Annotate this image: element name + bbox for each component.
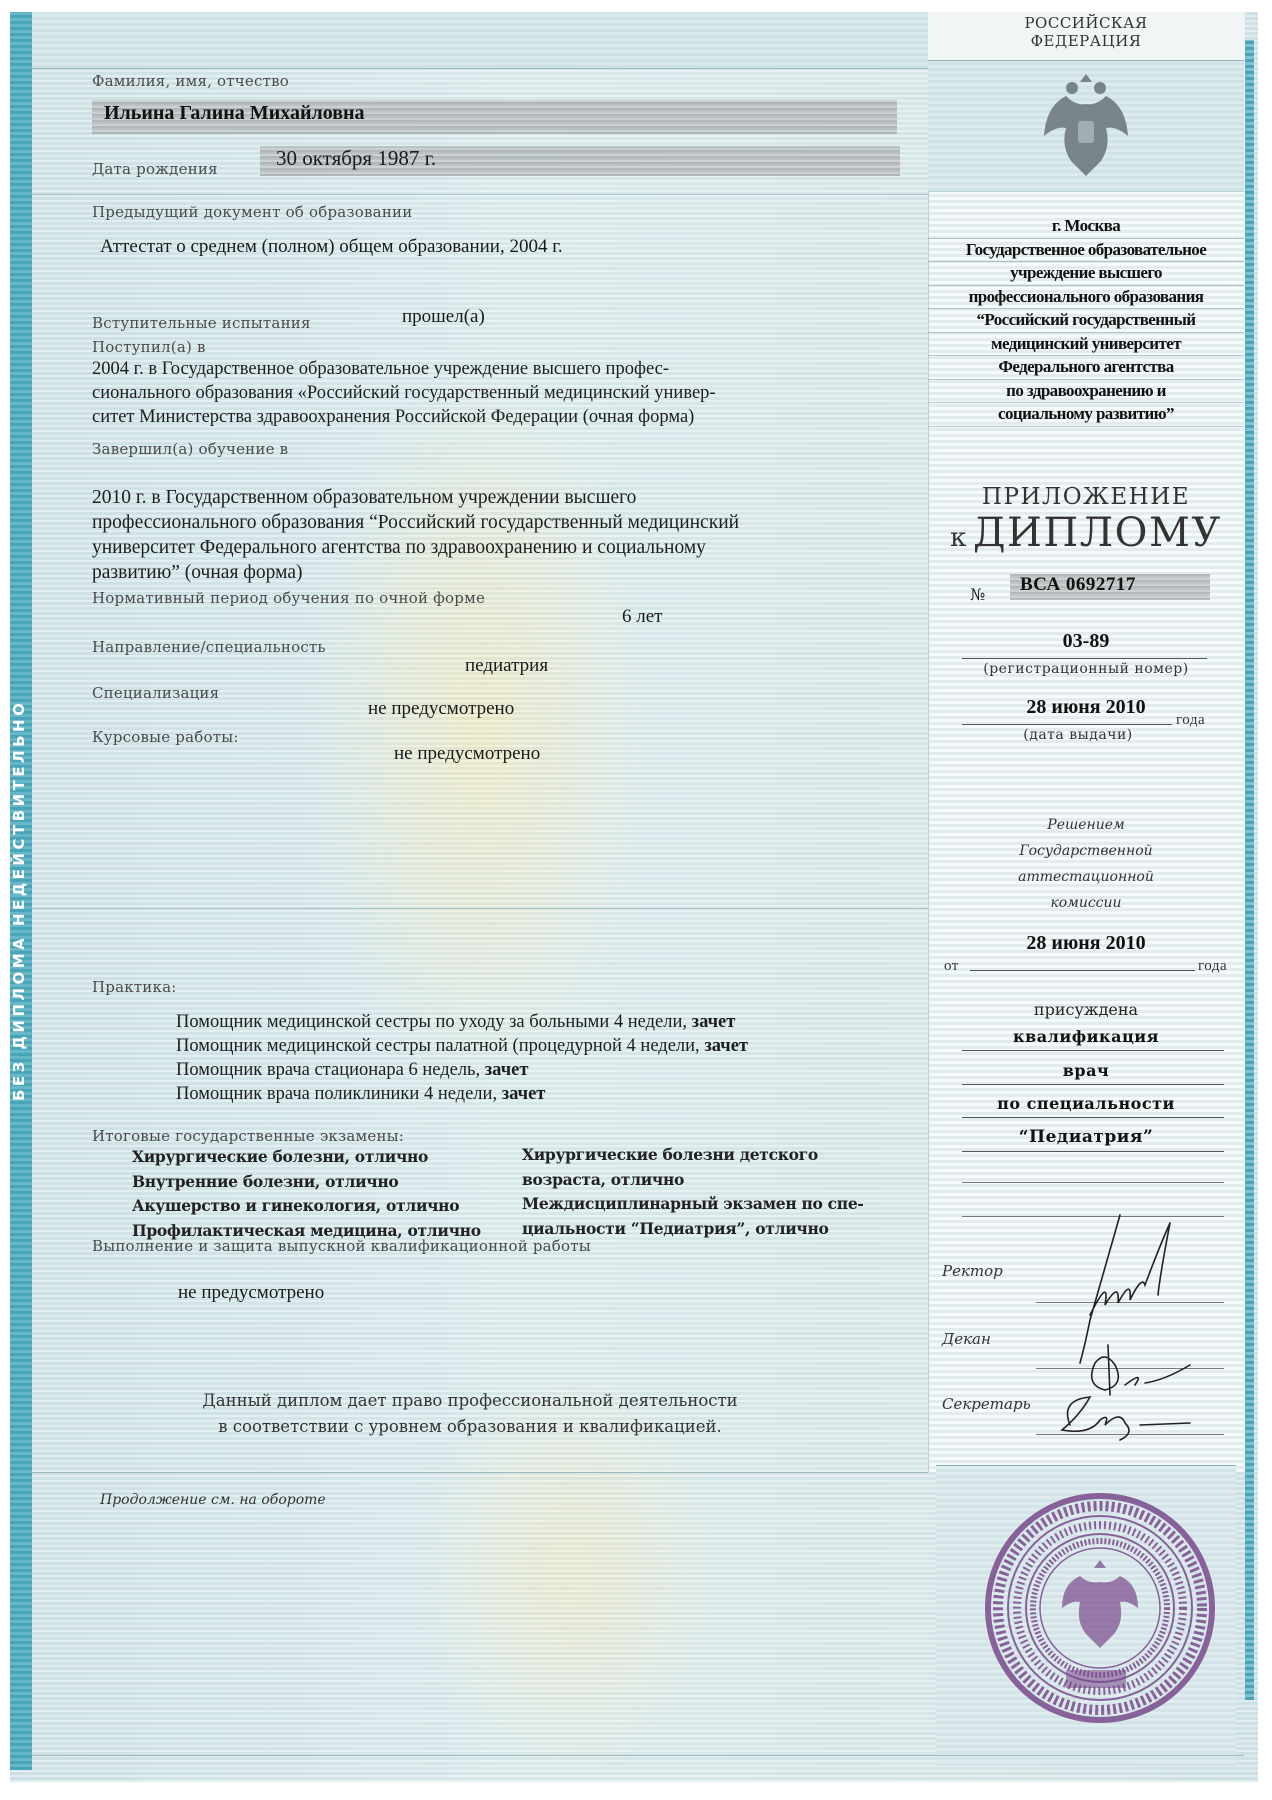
exam-item: Внутренние болезни, отлично [132,1172,398,1191]
practice-description: Помощник врача поликлиники 4 недели, [176,1084,502,1104]
period-label: Нормативный период обучения по очной фор… [92,589,485,607]
country-line: РОССИЙСКАЯ [928,14,1244,32]
organization-line: по здравоохранению и [928,380,1244,404]
issuing-organization: г. МоскваГосударственное образовательное… [928,215,1244,427]
prev-doc-label: Предыдущий документ об образовании [92,203,412,221]
divider [962,724,1172,725]
organization-line: г. Москва [928,215,1244,239]
decision-line: аттестационной [928,864,1244,890]
organization-line: медицинский университет [928,333,1244,357]
registration-number: 03-89 [928,630,1244,653]
full-name-label: Фамилия, имя, отчество [92,72,289,90]
enrolled-line: сионального образования «Российский госу… [92,382,716,405]
signature-line [962,1182,1224,1183]
handwritten-signatures [1050,1185,1240,1445]
top-security-band [32,12,928,69]
divider [962,658,1207,659]
divider [962,1084,1224,1085]
validity-warning: БЕЗ ДИПЛОМА НЕДЕЙСТВИТЕЛЬНО [10,600,32,1200]
coursework-value: не предусмотрено [394,743,540,765]
signature-role-rector: Ректор [942,1262,1003,1280]
diploma-word: ДИПЛОМУ [973,510,1222,556]
practice-result: зачет [692,1012,736,1032]
organization-line: профессионального образования [928,286,1244,310]
supplement-title: ПРИЛОЖЕНИЕ [928,484,1244,510]
divider [970,970,1195,971]
completed-line: университет Федерального агентства по зд… [92,536,706,559]
divider [32,908,928,909]
awarded-word: присуждена [928,1000,1244,1019]
practice-item: Помощник медицинской сестры по уходу за … [176,1012,735,1033]
organization-line: “Российский государственный [928,309,1244,333]
decision-line: комиссии [928,890,1244,916]
exam-item: Хирургические болезни детского [522,1145,818,1164]
entrance-value: прошел(а) [402,306,485,328]
qualification: врач [928,1061,1244,1080]
thesis-value: не предусмотрено [178,1282,324,1304]
practice-result: зачет [485,1060,529,1080]
divider [962,1151,1224,1152]
enrolled-line: 2004 г. в Государственное образовательно… [92,358,669,381]
signature-role-secretary: Секретарь [942,1395,1031,1413]
decision-year-word: года [1198,958,1227,975]
organization-line: Государственное образовательное [928,239,1244,263]
exam-item: Хирургические болезни, отлично [132,1147,428,1166]
practice-result: зачет [502,1084,546,1104]
practice-item: Помощник врача стационара 6 недель, заче… [176,1060,528,1081]
completed-line: 2010 г. в Государственном образовательно… [92,486,636,509]
divider [962,1117,1224,1118]
diploma-prefix: к [950,523,968,553]
registration-caption: (регистрационный номер) [928,661,1244,677]
decision-date: 28 июня 2010 [928,932,1244,955]
completed-line: развитию” (очная форма) [92,561,302,584]
entrance-label: Вступительные испытания [92,314,311,332]
divider [32,1472,928,1473]
specialty-value: педиатрия [465,655,548,677]
organization-line: учреждение высшего [928,262,1244,286]
rights-line: Данный диплом дает право профессионально… [120,1388,820,1414]
divider [962,1050,1224,1051]
practice-label: Практика: [92,978,176,996]
thesis-label: Выполнение и защита выпускной квалификац… [92,1237,591,1255]
divider [32,1755,1244,1756]
specialization-label: Специализация [92,684,219,702]
from-word: от [944,958,959,975]
practice-description: Помощник медицинской сестры палатной (пр… [176,1036,704,1056]
official-seal-icon [980,1488,1220,1728]
specialty-label: Направление/специальность [92,638,326,656]
signature-role-dean: Декан [942,1330,991,1348]
full-name: Ильина Галина Михайловна [104,102,365,125]
birth-date-label: Дата рождения [92,160,218,178]
diploma-title: к ДИПЛОМУ [928,510,1244,556]
divider [32,194,928,195]
practice-result: зачет [704,1036,748,1056]
enrolled-label: Поступил(а) в [92,338,206,356]
coursework-label: Курсовые работы: [92,728,239,746]
practice-item: Помощник врача поликлиники 4 недели, зач… [176,1084,545,1105]
double-headed-eagle-icon [1036,66,1136,186]
rights-line: в соответствии с уровнем образования и к… [120,1414,820,1440]
birth-date: 30 октября 1987 г. [276,146,436,171]
country-name: РОССИЙСКАЯ ФЕДЕРАЦИЯ [928,14,1244,50]
right-security-strip [1245,40,1254,1700]
qualification-word: квалификация [928,1027,1244,1046]
organization-line: социальному развитию” [928,403,1244,427]
issue-date-caption: (дата выдачи) [920,727,1236,743]
practice-description: Помощник медицинской сестры по уходу за … [176,1012,692,1032]
completed-line: профессионального образования “Российски… [92,511,739,534]
continuation-note: Продолжение см. на обороте [100,1492,326,1508]
decision-line: Государственной [928,838,1244,864]
decision-line: Решением [928,812,1244,838]
commission-decision: РешениемГосударственнойаттестационнойком… [928,812,1244,916]
exam-item: возраста, отлично [522,1170,684,1189]
specialization-value: не предусмотрено [368,698,514,720]
organization-line: Федерального агентства [928,356,1244,380]
by-specialty: по специальности [928,1094,1244,1113]
completed-label: Завершил(а) обучение в [92,440,288,458]
prev-doc: Аттестат о среднем (полном) общем образо… [100,236,563,258]
rights-statement: Данный диплом дает право профессионально… [120,1388,820,1440]
exam-item: Акушерство и гинекология, отлично [132,1196,459,1215]
period-value: 6 лет [622,606,662,628]
practice-item: Помощник медицинской сестры палатной (пр… [176,1036,748,1057]
country-line: ФЕДЕРАЦИЯ [928,32,1244,50]
number-sign: № [970,585,985,604]
exams-label: Итоговые государственные экзамены: [92,1127,404,1145]
diploma-number: ВСА 0692717 [1020,574,1136,596]
enrolled-line: ситет Министерства здравоохранения Росси… [92,406,694,429]
specialty-name: “Педиатрия” [928,1127,1244,1147]
practice-description: Помощник врача стационара 6 недель, [176,1060,485,1080]
exam-item: Междисциплинарный экзамен по спе- [522,1194,864,1213]
exam-item: циальности “Педиатрия”, отлично [522,1219,829,1238]
